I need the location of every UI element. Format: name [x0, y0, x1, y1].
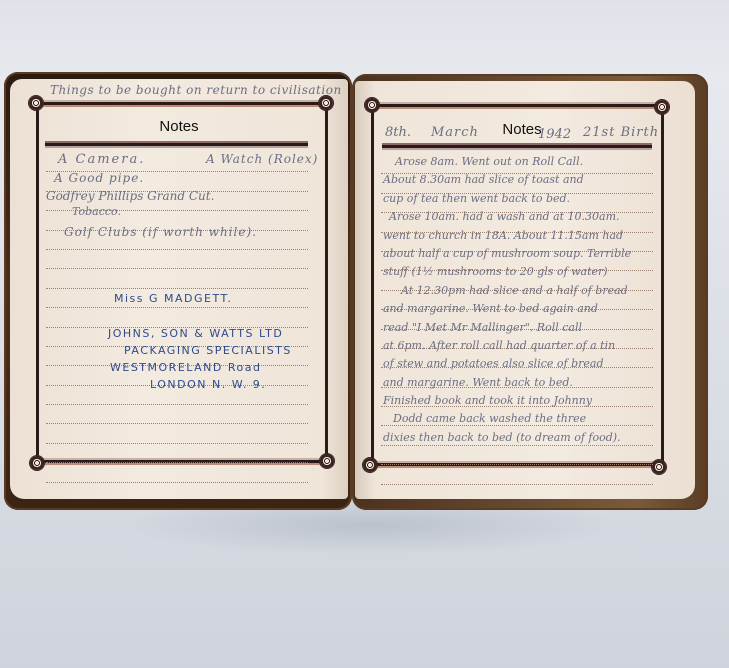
- diary-line: Dodd came back washed the three: [383, 410, 655, 428]
- diary-line: went to church in 18A. About 11.15am had: [383, 227, 655, 245]
- frame-top-rule: [374, 104, 661, 107]
- diary-line: Finished book and took it into Johnny: [383, 392, 655, 410]
- address-description: PACKAGING SPECIALISTS: [124, 344, 292, 357]
- list-item: A Watch (Rolex): [206, 152, 318, 166]
- diary-line: read "I Met Mr Mallinger". Roll call: [383, 319, 655, 337]
- heading-annotation: Things to be bought on return to civilis…: [50, 83, 342, 97]
- diary-line: cup of tea then went back to bed.: [383, 190, 655, 208]
- rosette-ornament-icon: [320, 454, 334, 468]
- diary-line: Arose 8am. Went out on Roll Call.: [383, 153, 655, 171]
- list-item: Godfrey Phillips Grand Cut.: [46, 189, 214, 203]
- rosette-ornament-icon: [365, 98, 379, 112]
- list-item: A Camera.: [58, 152, 145, 167]
- diary-line: and margarine. Went to bed again and: [383, 300, 655, 318]
- diary-line: Arose 10am. had a wash and at 10.30am.: [383, 208, 655, 226]
- list-item: Tobacco.: [72, 205, 121, 218]
- diary-line: about half a cup of mushroom soup. Terri…: [383, 245, 655, 263]
- address-company: JOHNS, SON & WATTS LTD: [108, 327, 283, 340]
- diary-line: At 12.30pm had slice and a half of bread: [383, 282, 655, 300]
- rosette-ornament-icon: [363, 458, 377, 472]
- diary-line: and margarine. Went back to bed.: [383, 374, 655, 392]
- list-item: Golf Clubs (if worth while).: [64, 225, 257, 239]
- printed-title: Notes: [36, 118, 322, 135]
- title-rule: [382, 145, 652, 148]
- diary-line: at 6pm. After roll call had quarter of a…: [383, 337, 655, 355]
- diary-entry: Arose 8am. Went out on Roll Call. About …: [383, 153, 655, 447]
- list-item: A Good pipe.: [54, 171, 144, 185]
- rosette-ornament-icon: [652, 460, 666, 474]
- left-page: Things to be bought on return to civilis…: [10, 79, 348, 499]
- frame-top-rule: [39, 102, 325, 105]
- rosette-ornament-icon: [319, 96, 333, 110]
- title-rule: [45, 143, 308, 146]
- address-name: Miss G MADGETT.: [114, 292, 232, 305]
- date-day: 8th.: [385, 125, 411, 140]
- rosette-ornament-icon: [30, 456, 44, 470]
- date-year: 1942: [538, 127, 571, 142]
- diary-line: stuff (1½ mushrooms to 20 gls of water): [383, 263, 655, 281]
- diary-line: About 8.30am had slice of toast and: [383, 171, 655, 189]
- date-note: 21st Birth: [583, 125, 659, 140]
- date-month: March: [431, 125, 479, 140]
- rosette-ornament-icon: [655, 100, 669, 114]
- rosette-ornament-icon: [29, 96, 43, 110]
- right-page: Notes 8th. March 1942 21st Birth Arose 8…: [355, 81, 695, 499]
- diary-line: dixies then back to bed (to dream of foo…: [383, 429, 655, 447]
- address-city: LONDON N. W. 9.: [150, 378, 266, 391]
- diary-line: of stew and potatoes also slice of bread: [383, 355, 655, 373]
- address-street: WESTMORELAND Road: [110, 361, 261, 374]
